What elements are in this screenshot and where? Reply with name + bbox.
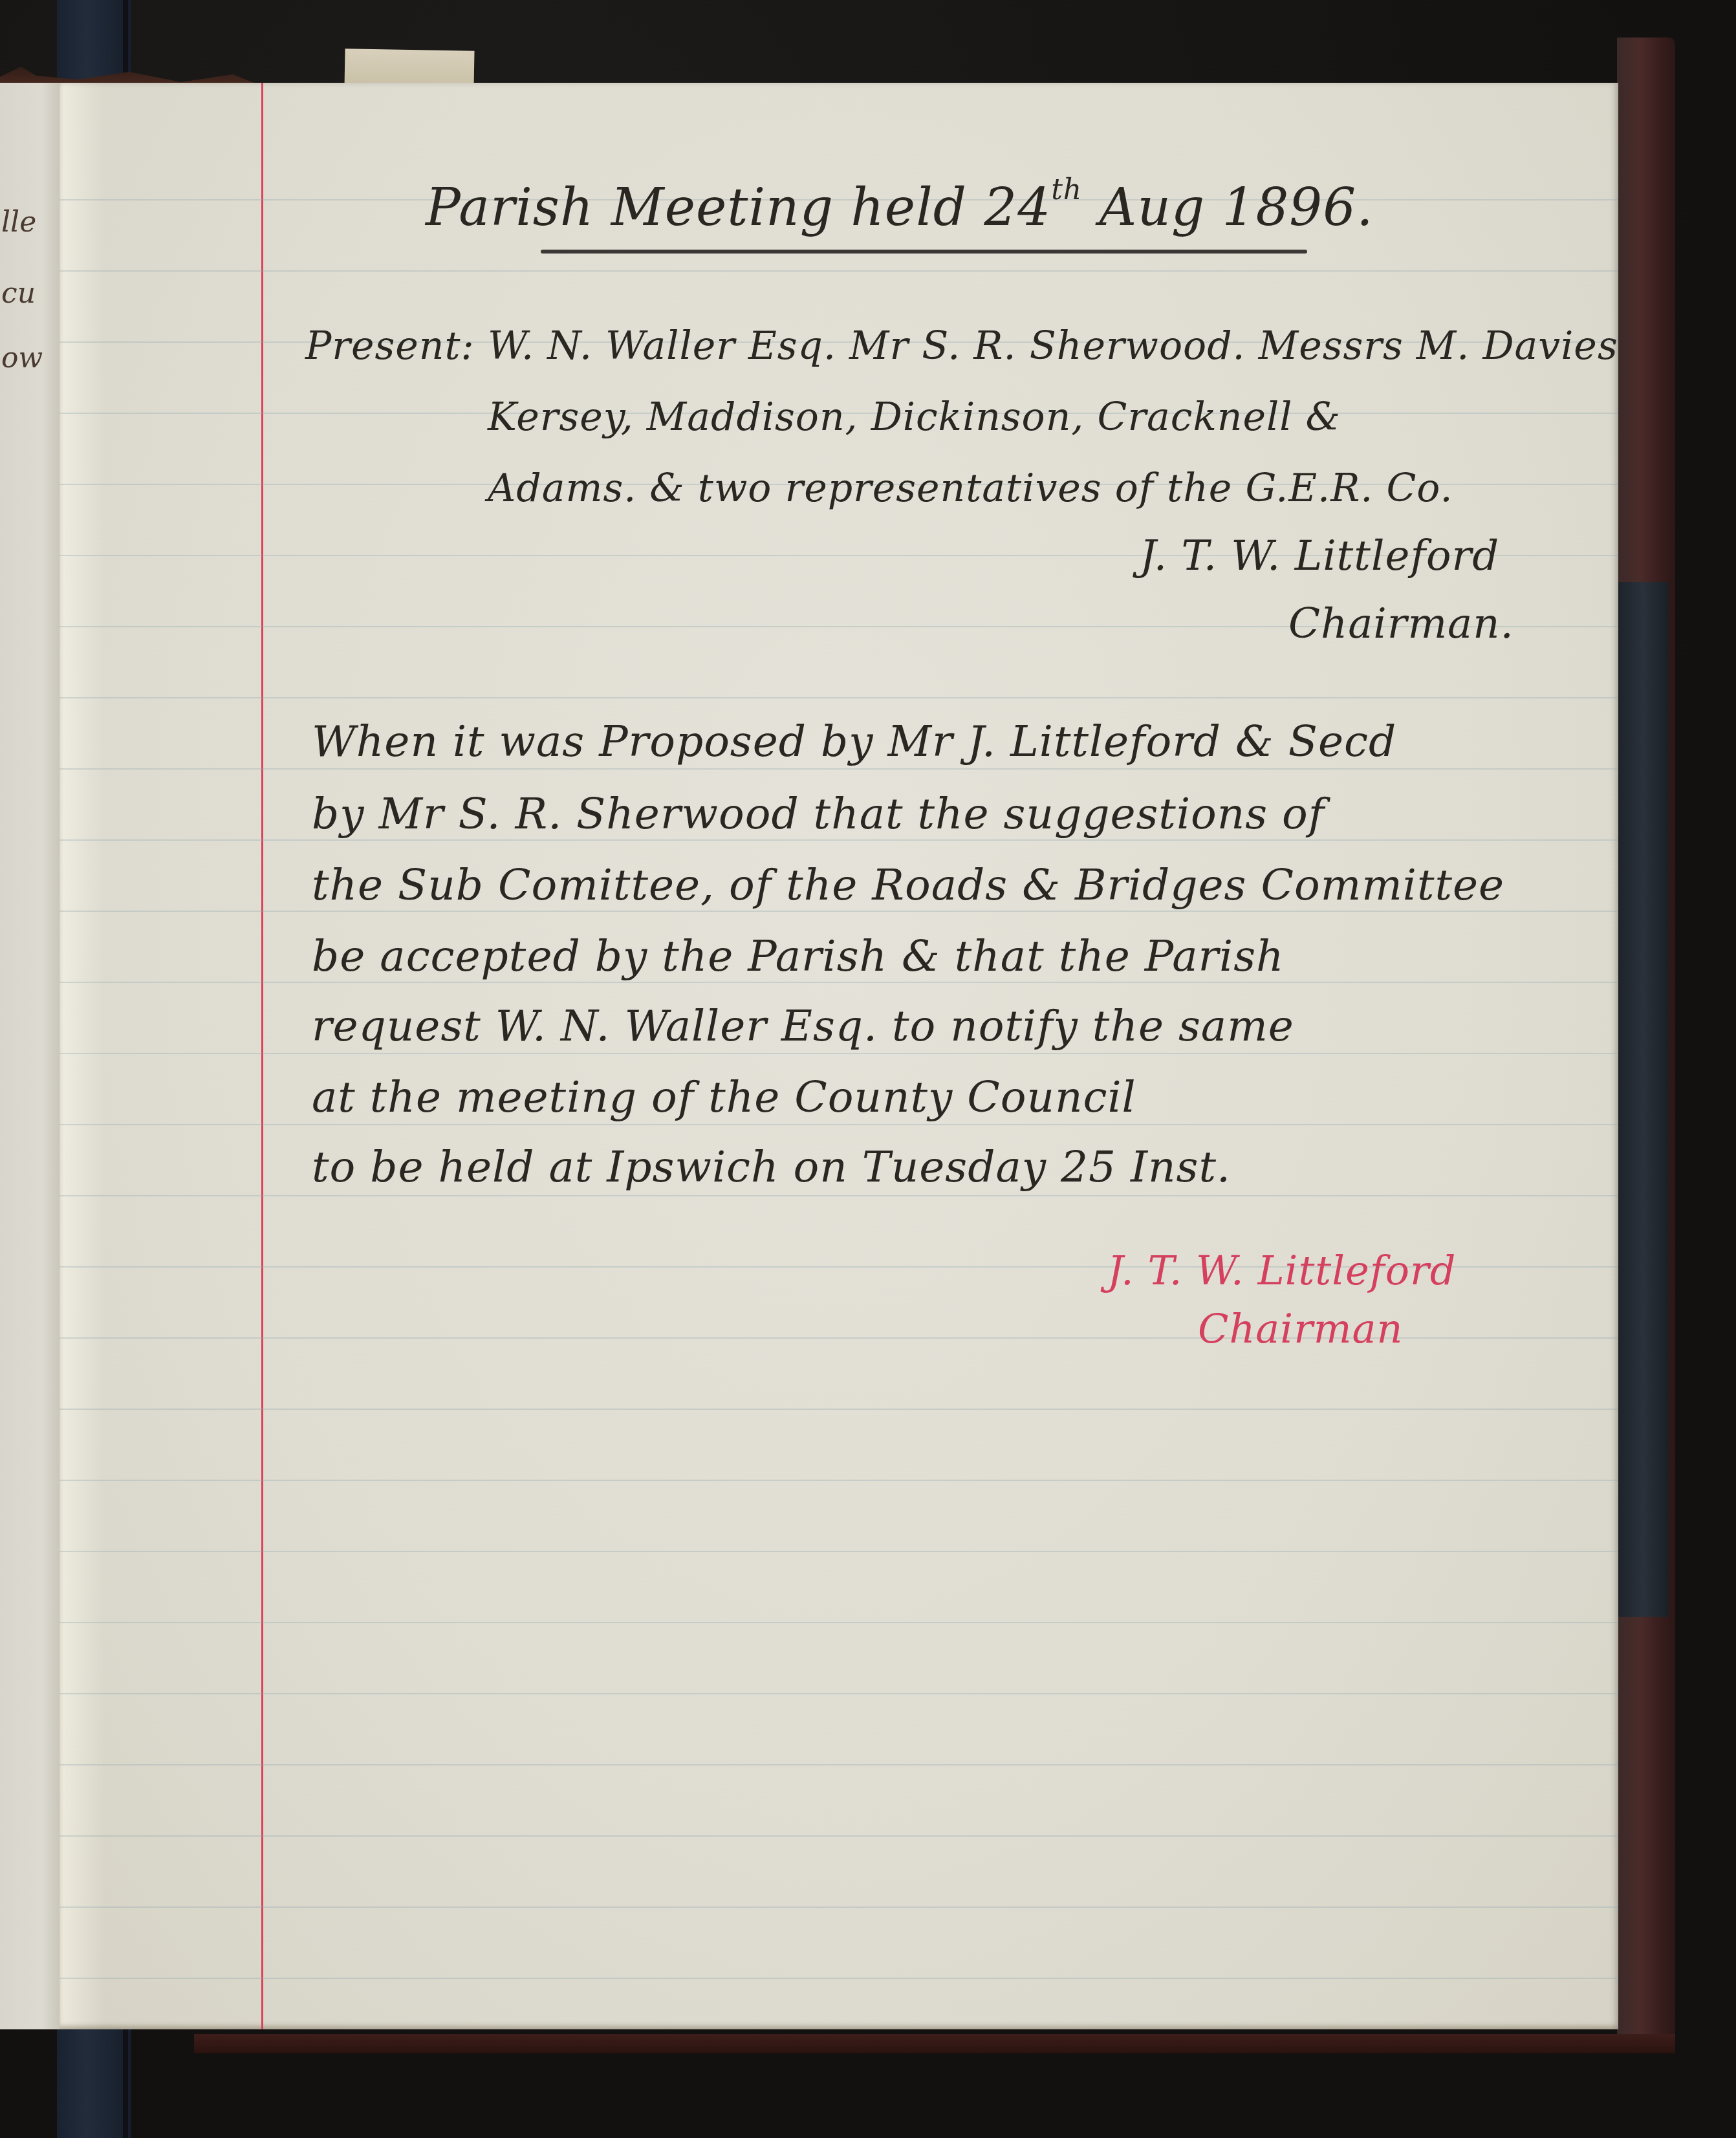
book-cover-bottom-edge: [194, 2034, 1675, 2053]
ruled-line: [60, 1906, 1618, 1908]
chairman-signature-name: J. T. W. Littleford: [1140, 532, 1499, 580]
ruled-line: [60, 768, 1618, 770]
red-ink-signature-name: J. T. W. Littleford: [1107, 1247, 1456, 1294]
margin-rule: [261, 83, 263, 2029]
ruled-line: [60, 1053, 1618, 1054]
ruled-line: [60, 839, 1618, 841]
ruled-line: [60, 1480, 1618, 1481]
minute-book-page: Parish Meeting held 24th Aug 1896. Prese…: [60, 83, 1618, 2029]
attendance-line: Adams. & two representatives of the G.E.…: [488, 466, 1453, 511]
red-ink-signature-title: Chairman: [1198, 1305, 1404, 1352]
heading-underline: [541, 250, 1307, 254]
attendance-line: Present: W. N. Waller Esq. Mr S. R. Sher…: [305, 323, 1618, 369]
resolution-line: the Sub Comittee, of the Roads & Bridges…: [312, 860, 1504, 910]
ruled-line: [60, 270, 1618, 272]
chairman-signature-title: Chairman.: [1288, 600, 1514, 648]
ruled-line: [60, 1124, 1618, 1125]
facing-page: lle cu ow: [0, 83, 60, 2029]
ruled-line: [60, 1978, 1618, 1979]
facing-page-fragment: ow: [1, 341, 43, 374]
ruled-line: [60, 911, 1618, 912]
ruled-line: [60, 982, 1618, 983]
facing-page-fragment: lle: [1, 206, 36, 239]
page-heading: Parish Meeting held 24th Aug 1896.: [426, 173, 1374, 237]
resolution-line: to be held at Ipswich on Tuesday 25 Inst…: [312, 1142, 1231, 1192]
heading-suffix: Aug 1896.: [1082, 177, 1373, 237]
heading-text: Parish Meeting held 24: [426, 177, 1051, 237]
ruled-line: [60, 1409, 1618, 1410]
ruled-line: [60, 1551, 1618, 1552]
resolution-line: request W. N. Waller Esq. to notify the …: [312, 1001, 1294, 1051]
book-cover-cloth-band: [1617, 582, 1669, 1617]
resolution-line: at the meeting of the County Council: [312, 1072, 1136, 1122]
ruled-line: [60, 1195, 1618, 1196]
facing-page-fragment: cu: [1, 277, 36, 310]
ruled-line: [60, 1764, 1618, 1765]
resolution-line: When it was Proposed by Mr J. Littleford…: [312, 717, 1396, 766]
ruled-line: [60, 1835, 1618, 1837]
attendance-line: Kersey, Maddison, Dickinson, Cracknell &: [488, 394, 1341, 440]
resolution-line: by Mr S. R. Sherwood that the suggestion…: [312, 789, 1325, 839]
ruled-line: [60, 1693, 1618, 1694]
heading-superscript: th: [1051, 173, 1082, 206]
ruled-line: [60, 1622, 1618, 1623]
resolution-line: be accepted by the Parish & that the Par…: [312, 931, 1285, 981]
ruled-line: [60, 697, 1618, 698]
